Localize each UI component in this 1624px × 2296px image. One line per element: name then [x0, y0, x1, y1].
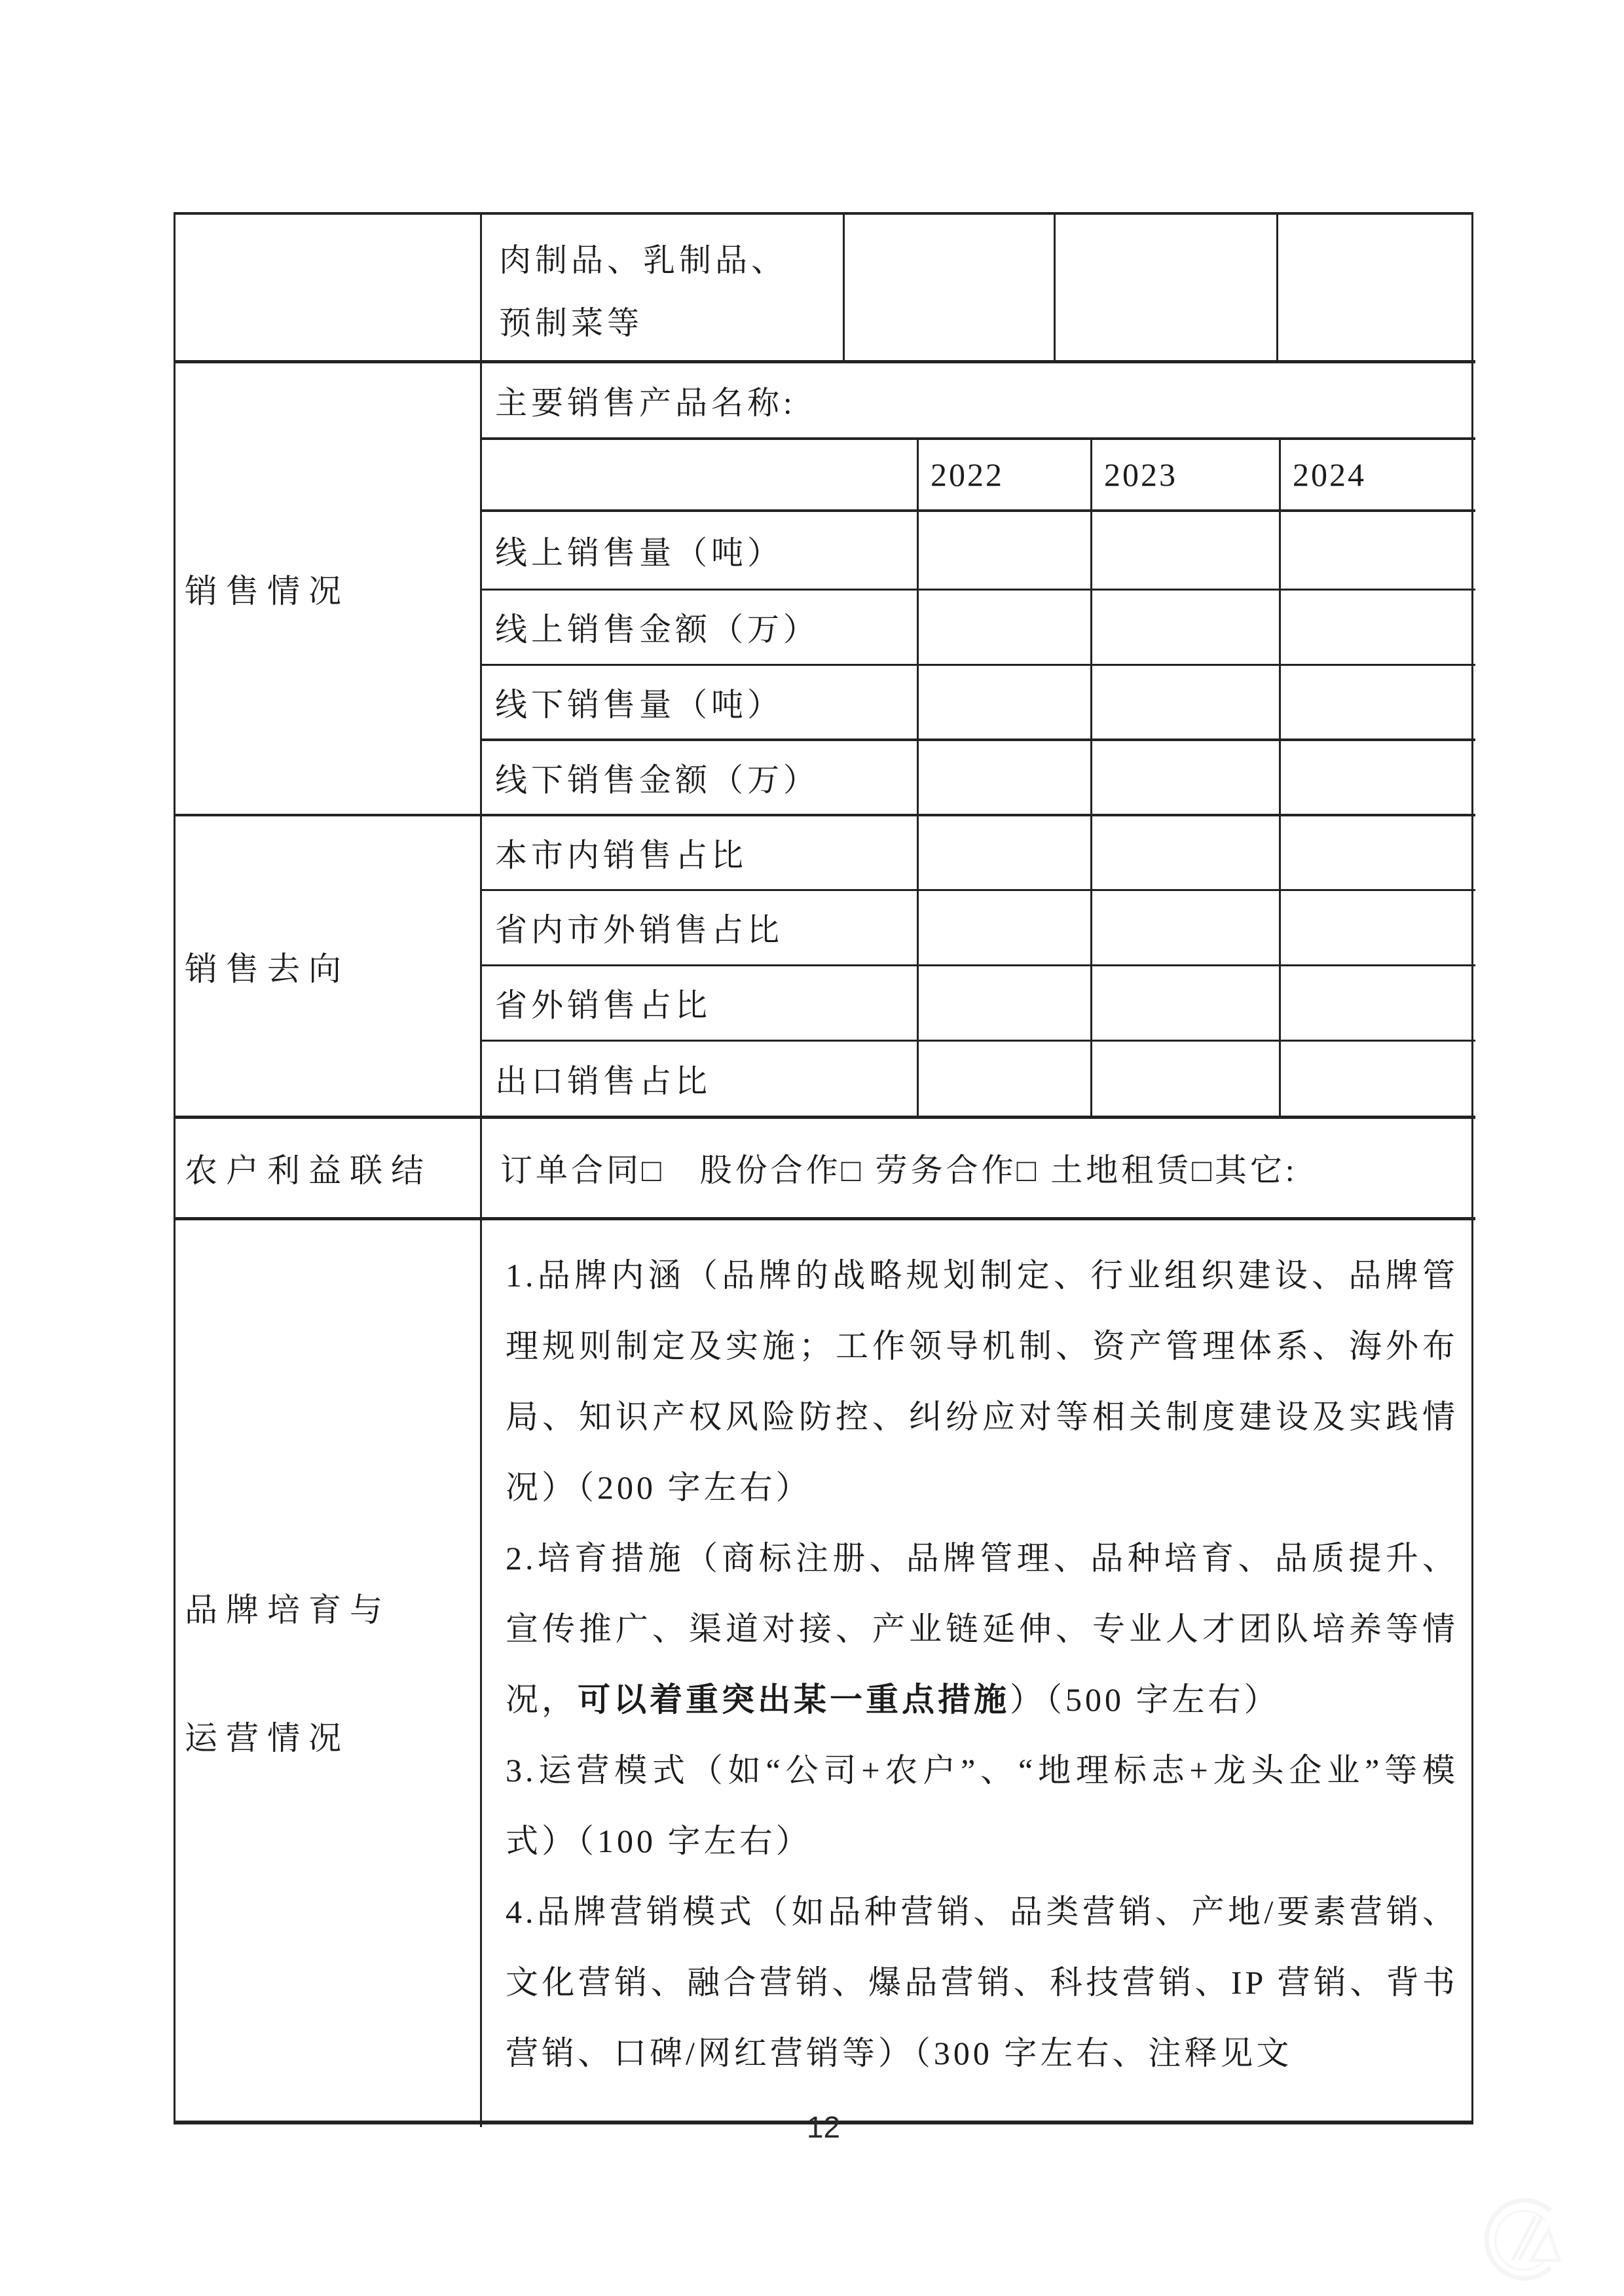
- destination-section-header-label: 销售去向: [185, 943, 350, 990]
- scanned-document-page: 肉制品、乳制品、 预制菜等 销售情况 主要销售产品名称: 2022 2023 2…: [0, 0, 1624, 2296]
- row-label: 线下销售金额（万）: [495, 755, 819, 801]
- form-table: 肉制品、乳制品、 预制菜等 销售情况 主要销售产品名称: 2022 2023 2…: [174, 212, 1473, 2124]
- year-header-2023: 2023: [1092, 440, 1281, 512]
- data-cell: [919, 816, 1092, 891]
- year-2023-label: 2023: [1104, 456, 1177, 494]
- data-cell: [1281, 666, 1475, 741]
- year-2024-label: 2024: [1293, 456, 1366, 494]
- destination-row-label-local-city: 本市内销售占比: [482, 816, 919, 891]
- data-cell: [1092, 512, 1281, 591]
- data-cell: [1092, 591, 1281, 666]
- year-header-2022: 2022: [919, 440, 1092, 512]
- row-label: 省外销售占比: [495, 980, 711, 1026]
- data-cell: [1281, 1042, 1475, 1119]
- data-cell: [1281, 816, 1475, 891]
- sales-section-header: 销售情况: [175, 363, 482, 816]
- year-header-2024: 2024: [1281, 440, 1475, 512]
- data-cell: [1092, 1042, 1281, 1119]
- data-cell: [1281, 966, 1475, 1042]
- page-number: 12: [174, 2109, 1473, 2145]
- data-cell: [1092, 816, 1281, 891]
- carryover-header-cell-empty: [175, 215, 482, 363]
- product-name-label: 主要销售产品名称:: [495, 378, 796, 424]
- data-cell: [1281, 512, 1475, 591]
- sales-row-label-offline-volume: 线下销售量（吨）: [482, 666, 919, 741]
- brand-item-1: 1.品牌内涵（品牌的战略规划制定、行业组织建设、品牌管理规则制定及实施；工作领导…: [506, 1240, 1458, 1523]
- carryover-data-cell-1: [845, 215, 1056, 363]
- brand-item-2-bold: 可以着重突出某一重点措施: [578, 1681, 1010, 1718]
- destination-row-label-in-province: 省内市外销售占比: [482, 891, 919, 966]
- scanner-watermark-logo-icon: [1477, 2192, 1574, 2287]
- brand-header-line2: 运营情况: [185, 1674, 480, 1802]
- data-cell: [919, 966, 1092, 1042]
- data-cell: [919, 1042, 1092, 1119]
- row-label: 出口销售占比: [495, 1056, 711, 1102]
- year-row-label-cell-empty: [482, 440, 919, 512]
- data-cell: [1092, 741, 1281, 816]
- brand-item-4: 4.品牌营销模式（如品种营销、品类营销、产地/要素营销、文化营销、融合营销、爆品…: [506, 1876, 1458, 2088]
- carryover-product-line1: 肉制品、乳制品、: [499, 229, 843, 292]
- farmer-link-options-cell: 订单合同□ 股份合作□ 劳务合作□ 土地租赁□其它:: [482, 1119, 1475, 1220]
- row-label: 本市内销售占比: [495, 830, 747, 876]
- carryover-product-cell: 肉制品、乳制品、 预制菜等: [482, 215, 845, 363]
- year-2022-label: 2022: [931, 456, 1004, 494]
- data-cell: [919, 512, 1092, 591]
- destination-section-header: 销售去向: [175, 816, 482, 1119]
- data-cell: [919, 891, 1092, 966]
- brand-item-2: 2.培育措施（商标注册、品牌管理、品种培育、品质提升、宣传推广、渠道对接、产业链…: [506, 1523, 1458, 1735]
- row-label: 省内市外销售占比: [495, 905, 783, 951]
- data-cell: [1281, 891, 1475, 966]
- destination-row-label-export: 出口销售占比: [482, 1042, 919, 1119]
- farmer-link-header-label: 农户利益联结: [185, 1144, 432, 1192]
- product-name-label-cell: 主要销售产品名称:: [482, 363, 1475, 440]
- farmer-link-options-text: 订单合同□ 股份合作□ 劳务合作□ 土地租赁□其它:: [500, 1145, 1298, 1191]
- carryover-data-cell-2: [1056, 215, 1278, 363]
- data-cell: [919, 591, 1092, 666]
- data-cell: [1092, 966, 1281, 1042]
- data-cell: [1092, 666, 1281, 741]
- brand-item-3: 3.运营模式（如“公司+农户”、“地理标志+龙头企业”等模式）（100 字左右）: [506, 1735, 1458, 1876]
- data-cell: [919, 666, 1092, 741]
- brand-header-line1: 品牌培育与: [185, 1546, 480, 1674]
- sales-row-label-offline-amount: 线下销售金额（万）: [482, 741, 919, 816]
- data-cell: [1281, 741, 1475, 816]
- destination-row-label-out-province: 省外销售占比: [482, 966, 919, 1042]
- carryover-product-line2: 预制菜等: [499, 292, 843, 355]
- sales-row-label-online-volume: 线上销售量（吨）: [482, 512, 919, 591]
- carryover-data-cell-3: [1278, 215, 1475, 363]
- data-cell: [1281, 591, 1475, 666]
- brand-item-2-post: ）（500 字左右）: [1010, 1681, 1280, 1718]
- data-cell: [1092, 891, 1281, 966]
- row-label: 线上销售量（吨）: [495, 528, 783, 574]
- brand-section-header: 品牌培育与 运营情况: [175, 1220, 482, 2127]
- farmer-link-header: 农户利益联结: [175, 1119, 482, 1220]
- row-label: 线上销售金额（万）: [495, 604, 819, 650]
- sales-section-header-label: 销售情况: [185, 565, 350, 612]
- brand-description-cell: 1.品牌内涵（品牌的战略规划制定、行业组织建设、品牌管理规则制定及实施；工作领导…: [482, 1220, 1475, 2127]
- sales-row-label-online-amount: 线上销售金额（万）: [482, 591, 919, 666]
- row-label: 线下销售量（吨）: [495, 680, 783, 725]
- data-cell: [919, 741, 1092, 816]
